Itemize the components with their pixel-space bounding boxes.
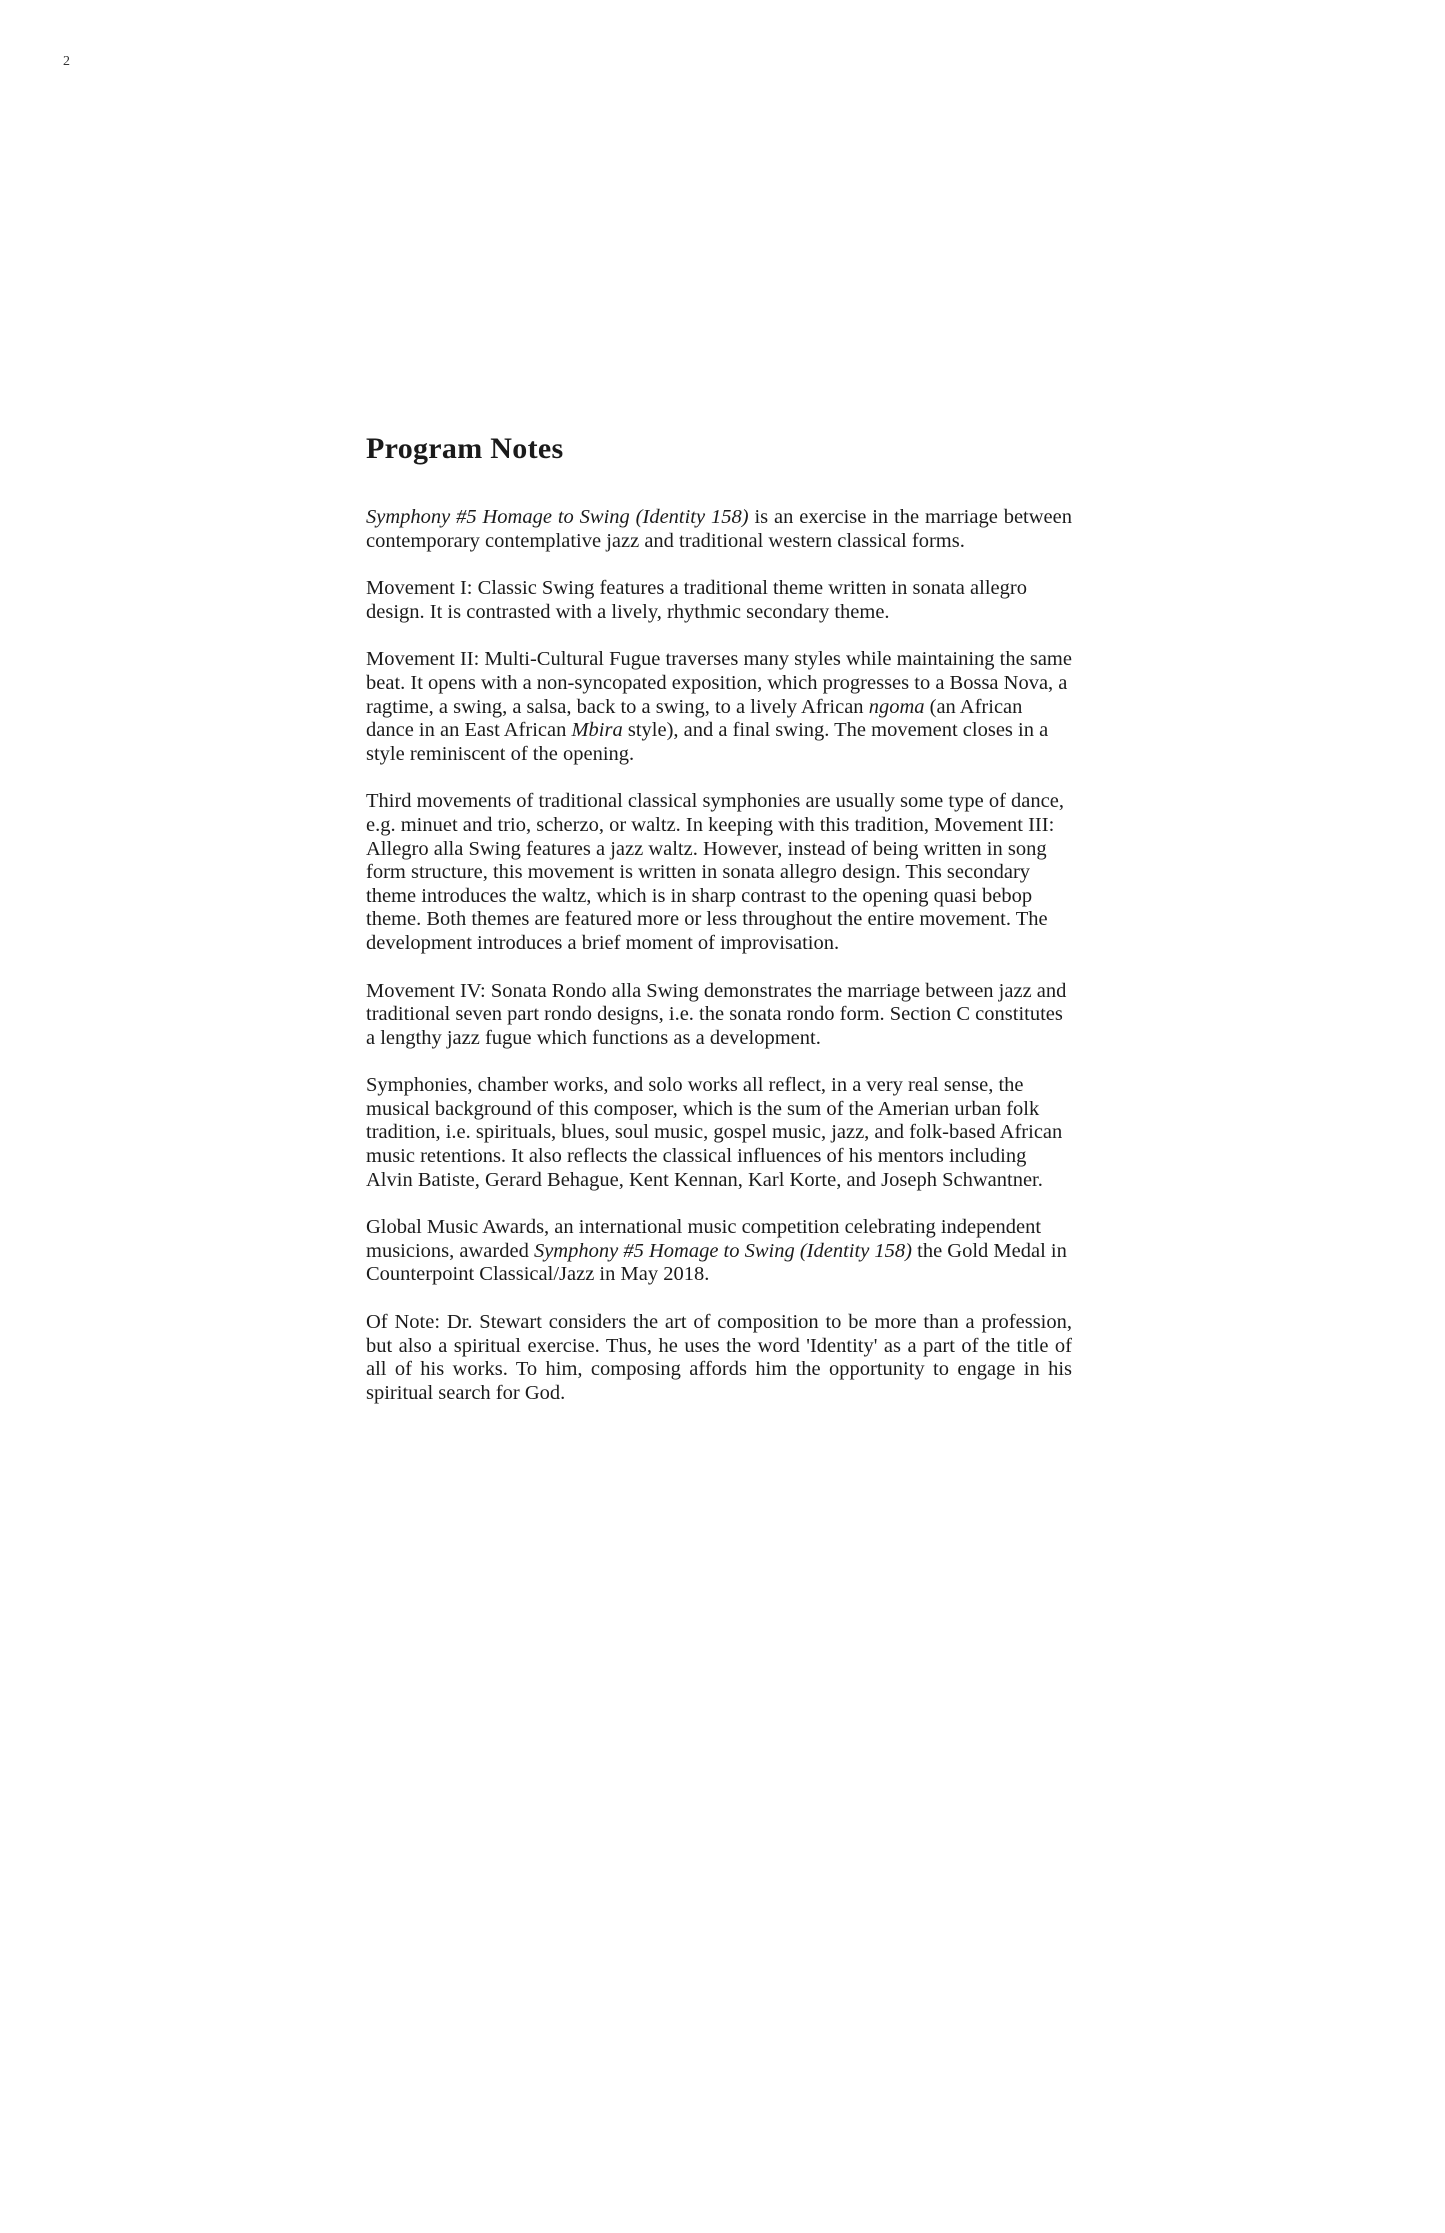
paragraph: Symphonies, chamber works, and solo work…	[366, 1074, 1072, 1192]
paragraph: Global Music Awards, an international mu…	[366, 1216, 1072, 1287]
page-number: 2	[63, 54, 70, 70]
document-body: Symphony #5 Homage to Swing (Identity 15…	[366, 506, 1072, 1405]
paragraph: Symphony #5 Homage to Swing (Identity 15…	[366, 506, 1072, 553]
italic-text-run: Symphony #5 Homage to Swing (Identity 15…	[534, 1240, 912, 1262]
paragraph: Third movements of traditional classical…	[366, 790, 1072, 955]
italic-text-run: Mbira	[571, 719, 622, 741]
paragraph: Of Note: Dr. Stewart considers the art o…	[366, 1311, 1072, 1405]
document-page: 2 Program Notes Symphony #5 Homage to Sw…	[0, 0, 1445, 2233]
paragraph: Movement II: Multi-Cultural Fugue traver…	[366, 648, 1072, 766]
text-run: Movement I: Classic Swing features a tra…	[366, 577, 1027, 623]
italic-text-run: ngoma	[869, 696, 925, 718]
paragraph: Movement I: Classic Swing features a tra…	[366, 577, 1072, 624]
document-content: Program Notes Symphony #5 Homage to Swin…	[366, 432, 1072, 1429]
text-run: Of Note: Dr. Stewart considers the art o…	[366, 1311, 1072, 1404]
text-run: Third movements of traditional classical…	[366, 790, 1064, 954]
page-title: Program Notes	[366, 432, 1072, 466]
text-run: Symphonies, chamber works, and solo work…	[366, 1074, 1062, 1190]
paragraph: Movement IV: Sonata Rondo alla Swing dem…	[366, 980, 1072, 1051]
italic-text-run: Symphony #5 Homage to Swing (Identity 15…	[366, 506, 749, 528]
text-run: Movement IV: Sonata Rondo alla Swing dem…	[366, 980, 1066, 1049]
